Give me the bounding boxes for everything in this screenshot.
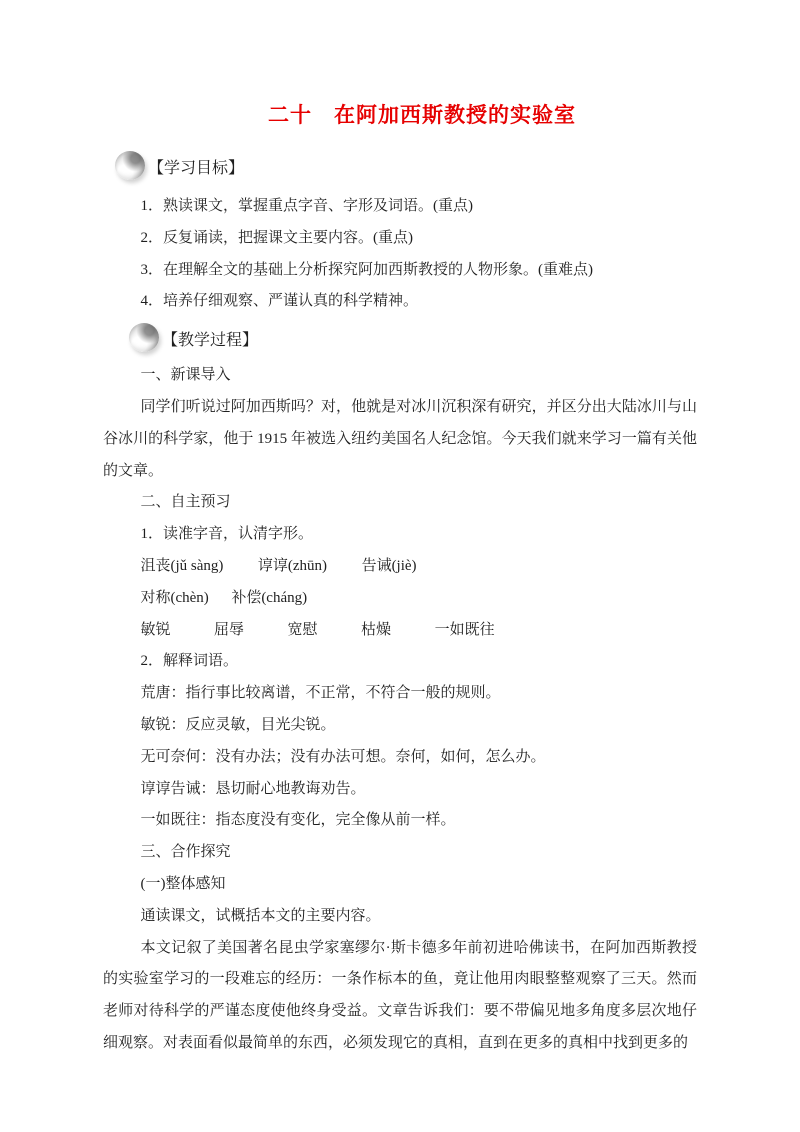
word-list-row: 敏锐屈辱宽慰枯燥一如既往 [103,615,697,647]
pinyin-term: 告诫(jiè) [362,558,417,574]
vocabulary-term: 屈辱 [214,622,244,638]
section-heading-label: 【教学过程】 [162,324,258,350]
definition-item: 无可奈何：没有办法；没有办法可想。奈何，如何，怎么办。 [103,742,697,774]
vocabulary-term: 一如既往 [435,622,495,638]
section-header-process: 【教学过程】 [103,314,697,360]
sub-subsection-heading: (一)整体感知 [103,869,697,901]
pinyin-list-row: 对称(chèn)补偿(cháng) [103,583,697,615]
summary-paragraph: 本文记叙了美国著名昆虫学家塞缪尔·斯卡德多年前初进哈佛读书，在阿加西斯教授的实验… [103,933,697,1060]
definition-item: 荒唐：指行事比较离谱，不正常，不符合一般的规则。 [103,678,697,710]
page-title: 二十 在阿加西斯教授的实验室 [125,99,719,133]
definitions-heading: 2．解释词语。 [103,646,697,678]
pinyin-term: 对称(chèn) [141,590,209,606]
definition-item: 一如既往：指态度没有变化，完全像从前一样。 [103,805,697,837]
pinyin-list-row: 沮丧(jǔ sàng)谆谆(zhūn)告诫(jiè) [103,551,697,583]
subsection-heading: 一、新课导入 [103,360,697,392]
pinyin-term: 谆谆(zhūn) [258,558,327,574]
document-page: 二十 在阿加西斯教授的实验室 【学习目标】 1．熟读课文，掌握重点字音、字形及词… [0,0,800,1132]
vocabulary-term: 敏锐 [141,622,171,638]
objective-item: 2．反复诵读，把握课文主要内容。(重点) [103,223,697,255]
pinyin-term: 沮丧(jǔ sàng) [141,558,224,574]
objective-item: 1．熟读课文，掌握重点字音、字形及词语。(重点) [103,191,697,223]
definition-item: 谆谆告诫：恳切耐心地教诲劝告。 [103,774,697,806]
subsection-heading: 二、自主预习 [103,487,697,519]
section-header-goals: 【学习目标】 [103,139,697,191]
document-body: 二十 在阿加西斯教授的实验室 【学习目标】 1．熟读课文，掌握重点字音、字形及词… [0,0,800,1060]
vocabulary-term: 宽慰 [288,622,318,638]
section-heading-label: 【学习目标】 [148,152,244,178]
objective-item: 3．在理解全文的基础上分析探究阿加西斯教授的人物形象。(重难点) [103,255,697,287]
glossy-sphere-icon [115,151,145,180]
definition-item: 敏锐：反应灵敏，目光尖锐。 [103,710,697,742]
subsection-heading: 三、合作探究 [103,837,697,869]
task-prompt: 通读课文，试概括本文的主要内容。 [103,901,697,933]
glossy-sphere-icon [129,323,159,352]
lead-in-paragraph: 同学们听说过阿加西斯吗？对，他就是对冰川沉积深有研究，并区分出大陆冰川与山谷冰川… [103,392,697,487]
pinyin-term: 补偿(cháng) [231,590,307,606]
vocabulary-term: 枯燥 [361,622,391,638]
pronunciation-heading: 1．读准字音，认清字形。 [103,519,697,551]
